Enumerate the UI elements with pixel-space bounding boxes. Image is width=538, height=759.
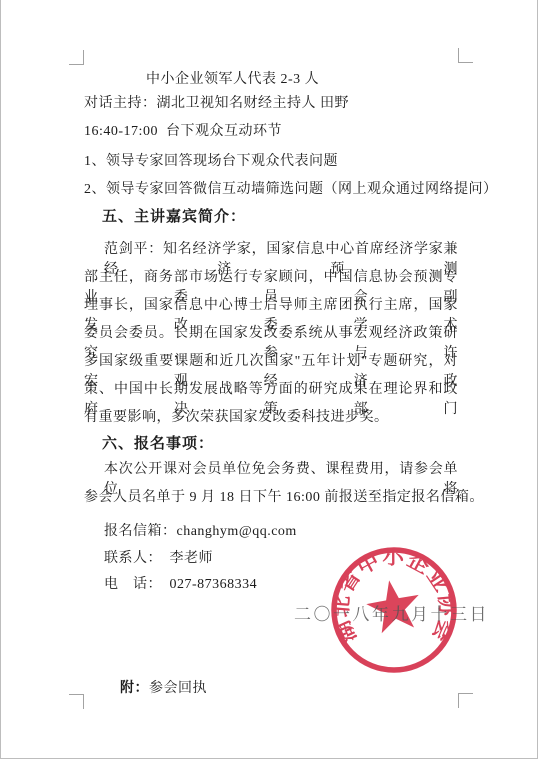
- handwritten-date: 二〇一八年九月十三日: [294, 600, 489, 625]
- margin-mark-top-left: [69, 50, 84, 65]
- line-item-1: 1、领导专家回答现场台下观众代表问题: [84, 152, 458, 172]
- bio-paragraph-line: 有重要影响，多次荣获国家发改委科技进步奖。: [84, 408, 458, 428]
- line-dialog-host: 对话主持：湖北卫视知名财经主持人 田野: [84, 94, 458, 114]
- line-schedule-interaction: 16:40-17:00 台下观众互动环节: [84, 122, 458, 142]
- attachment-text: 参会回执: [149, 681, 207, 696]
- line-item-2: 2、领导专家回答微信互动墙筛选问题（网上观众通过网络提问）: [84, 180, 458, 200]
- section-heading-registration: 六、报名事项：: [102, 434, 476, 454]
- registration-email-line: 报名信箱：changhym@qq.com: [104, 522, 478, 542]
- line-representatives: 中小企业领军人代表 2-3 人: [146, 70, 520, 90]
- registration-paragraph-line: 参会人员名单于 9 月 18 日下午 16:00 前报送至指定报名信箱。: [84, 488, 458, 508]
- document-page: 中小企业领军人代表 2-3 人 对话主持：湖北卫视知名财经主持人 田野 16:4…: [0, 0, 538, 759]
- section-heading-speaker-intro: 五、主讲嘉宾简介：: [102, 207, 476, 227]
- margin-mark-top-right: [458, 48, 473, 63]
- margin-mark-bottom-left: [69, 694, 84, 709]
- attachment-label: 附：: [120, 679, 149, 695]
